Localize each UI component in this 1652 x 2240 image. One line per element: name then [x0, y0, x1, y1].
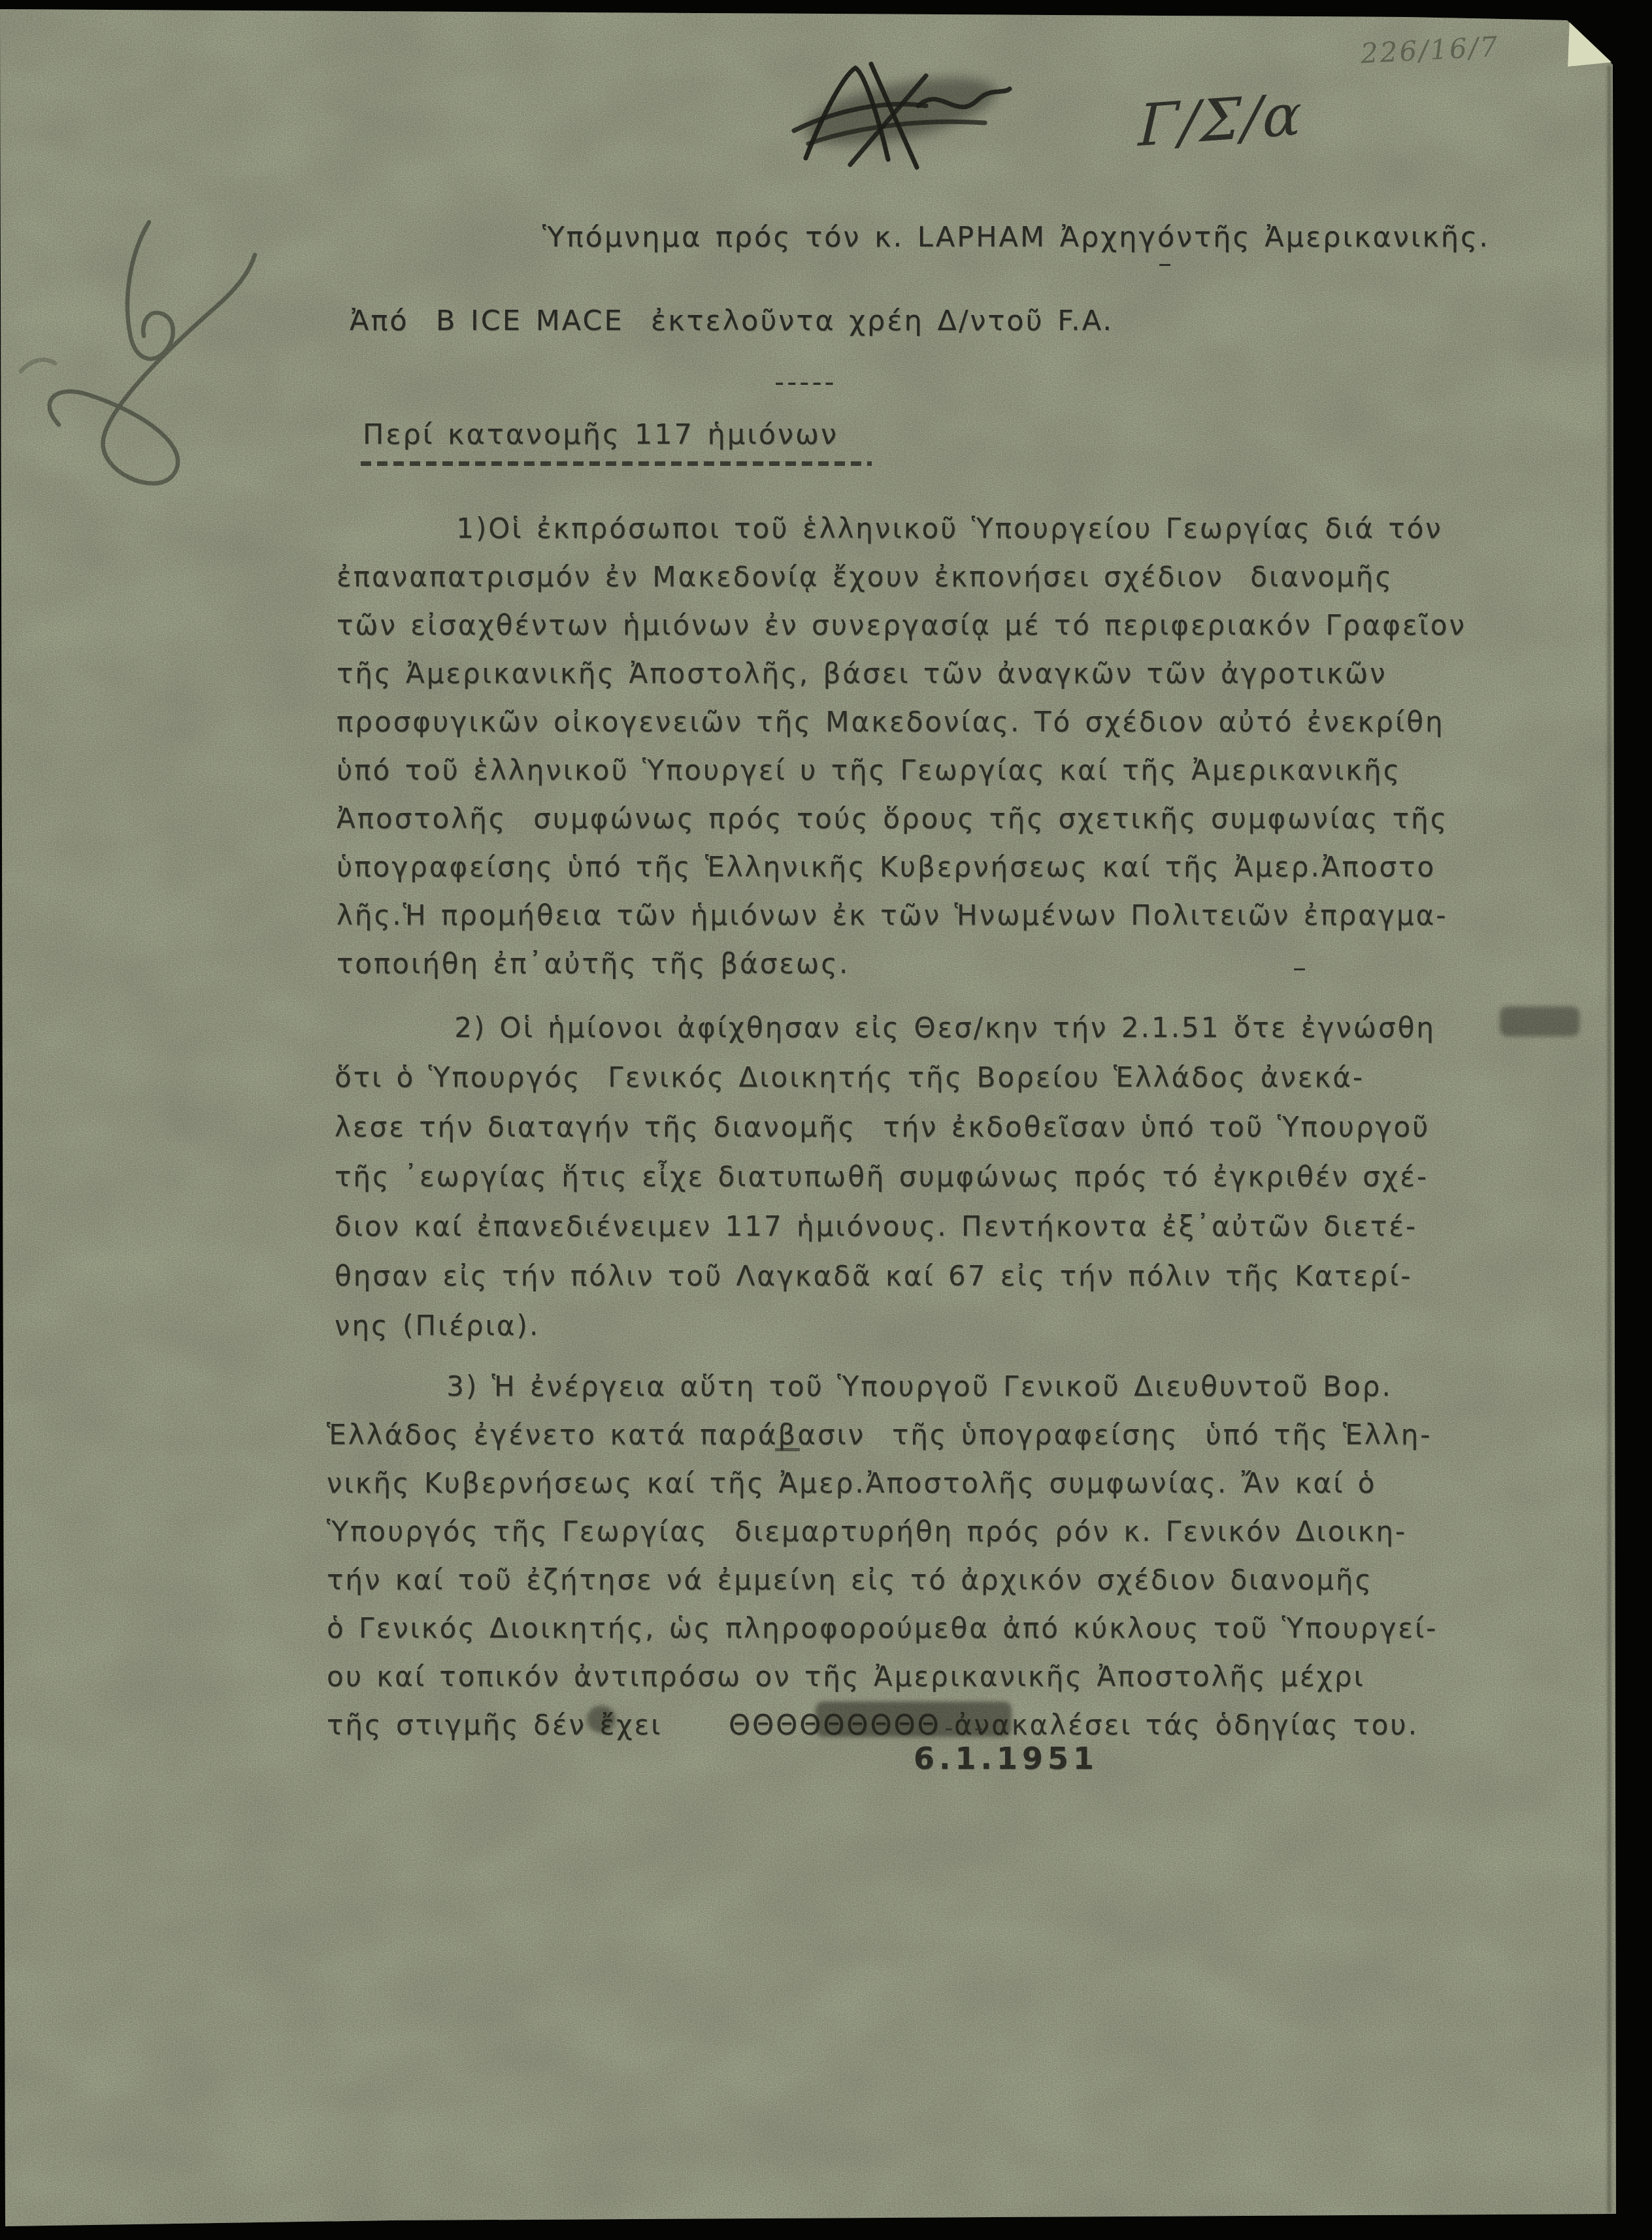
typed-paragraph-3: 3) Ἡ ἐνέργεια αὕτη τοῦ Ὑπουργοῦ Γενικοῦ … — [327, 1362, 1438, 1749]
corner-fold — [1568, 22, 1613, 67]
stray-underscore-mark — [775, 1448, 800, 1451]
overstrike-dot — [587, 1705, 616, 1733]
overstrike-smudge — [1500, 1006, 1579, 1036]
date-line: 6.1.1951 — [914, 1741, 1099, 1776]
pencil-corner-ref: 226/16/7 — [1360, 30, 1500, 69]
scanned-document-page: { "page": { "background": "#050504", "pa… — [0, 0, 1652, 2240]
title-dash-mark: – — [1158, 247, 1172, 279]
subject-underline — [361, 461, 872, 466]
floating-dash-mark: – — [1293, 951, 1306, 983]
pencil-signature-scribble-icon — [18, 208, 273, 541]
typed-paragraph-2: 2) Οἱ ἡμίονοι ἀφίχθησαν εἰς Θεσ/κην τήν … — [335, 1003, 1436, 1351]
pre-date-dash-marks: - - — [944, 1713, 990, 1742]
memo-title-line2: Ἀπό B ICE MACE ἐκτελοῦντα χρέη Δ/ντοῦ F.… — [350, 305, 1114, 337]
page-edge-shadow — [1608, 65, 1611, 2213]
header-separator: ----- — [774, 366, 837, 398]
memo-title-line1: Ὑπόμνημα πρός τόν κ. LAPHAM Ἀρχηγόντῆς Ἀ… — [542, 221, 1490, 254]
paper-sheet: Ὑπόμνημα πρός τόν κ. LAPHAM Ἀρχηγόντῆς Ἀ… — [0, 0, 1652, 2240]
handwritten-file-ref: Γ/Σ/α — [1137, 80, 1304, 159]
typed-paragraph-1: 1)Οἱ ἐκπρόσωποι τοῦ ἑλληνικοῦ Ὑπουργείου… — [337, 504, 1466, 988]
subject-line: Περί κατανομῆς 117 ἡμιόνων — [363, 418, 838, 451]
crossed-out-scribble-icon — [787, 59, 1023, 183]
